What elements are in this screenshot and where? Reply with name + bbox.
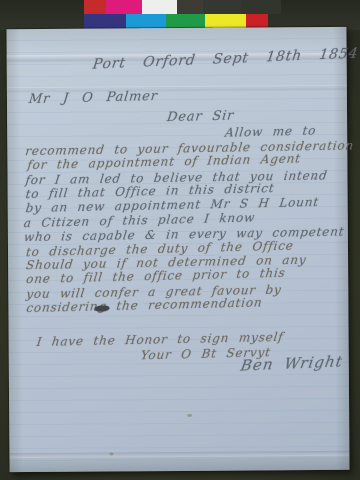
calibration-patch <box>106 0 142 14</box>
calibration-patch <box>241 0 281 14</box>
paper-stain <box>313 177 316 180</box>
calibration-patch <box>203 0 241 14</box>
calibration-patch <box>84 14 126 29</box>
paper-fold-crease <box>9 451 349 458</box>
scanned-letter-image: Port Orford Sept 18th 1854 Mr J O Palmer… <box>0 0 360 480</box>
letter-addressee: Mr J O Palmer <box>28 90 158 106</box>
paper-stain <box>187 414 192 417</box>
letter-body-line: Allow me to <box>224 124 317 139</box>
calibration-patch <box>126 14 166 29</box>
calibration-patch <box>177 0 203 14</box>
calibration-patch <box>166 14 205 29</box>
letter-paper: Port Orford Sept 18th 1854 Mr J O Palmer… <box>6 27 349 472</box>
color-calibration-bar <box>0 0 360 30</box>
letter-signature: Ben Wright <box>240 355 344 372</box>
calibration-patch <box>142 0 177 14</box>
calibration-patch <box>84 0 106 14</box>
paper-stain <box>109 452 113 455</box>
letter-dateline: Port Orford Sept 18th 1854 <box>92 48 359 72</box>
letter-salutation: Dear Sir <box>166 109 235 124</box>
